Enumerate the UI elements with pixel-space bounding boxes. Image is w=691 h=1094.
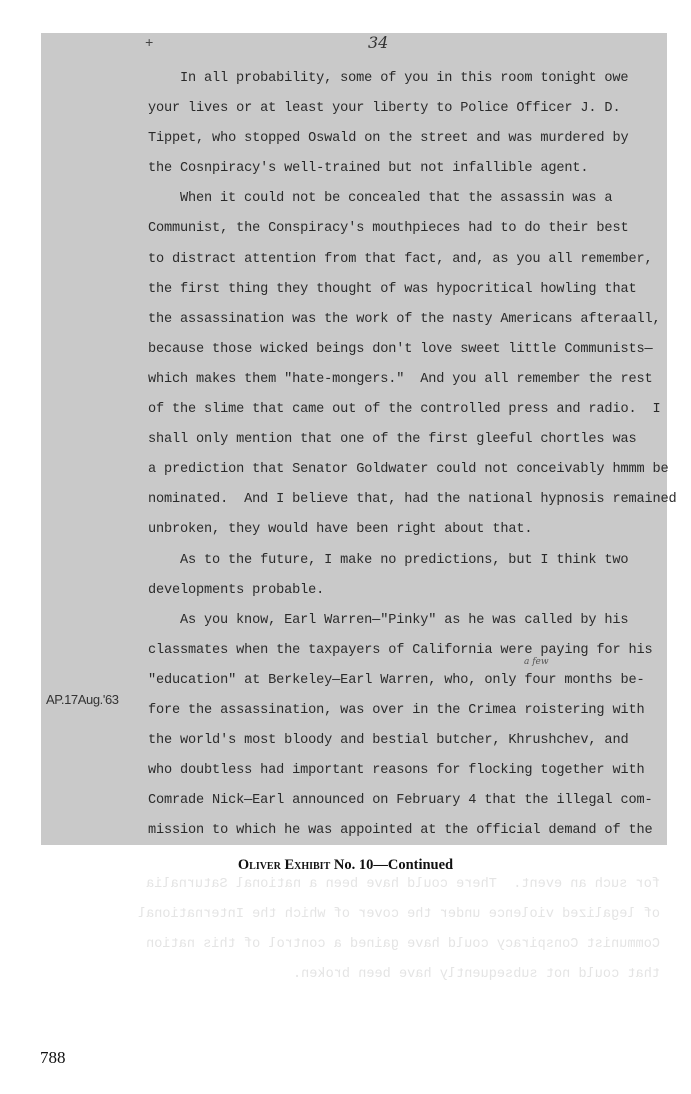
text-line: unbroken, they would have been right abo…: [148, 515, 668, 545]
text-line: Tippet, who stopped Oswald on the street…: [148, 124, 668, 154]
text-line: your lives or at least your liberty to P…: [148, 94, 668, 124]
text-line: mission to which he was appointed at the…: [148, 816, 668, 846]
text-line: When it could not be concealed that the …: [148, 184, 668, 214]
text-line: fore the assassination, was over in the …: [148, 696, 668, 726]
exhibit-name: Oliver Exhibit: [238, 857, 330, 873]
text-line: shall only mention that one of the first…: [148, 425, 668, 455]
exhibit-caption: Oliver Exhibit No. 10—Continued: [0, 857, 691, 874]
text-line: As you know, Earl Warren—"Pinky" as he w…: [148, 606, 668, 636]
exhibit-number: No. 10—Continued: [334, 857, 453, 873]
text-line: to distract attention from that fact, an…: [148, 245, 668, 275]
typed-body: In all probability, some of you in this …: [148, 64, 668, 846]
text-line: "education" at Berkeley—Earl Warren, who…: [148, 666, 668, 696]
text-line: the first thing they thought of was hypo…: [148, 275, 668, 305]
text-line: nominated. And I believe that, had the n…: [148, 485, 668, 515]
text-line: which makes them "hate-mongers." And you…: [148, 365, 668, 395]
bleed-line: Communist Conspiracy could have gained a…: [60, 930, 660, 960]
text-line: the world's most bloody and bestial butc…: [148, 726, 668, 756]
text-line: who doubtless had important reasons for …: [148, 756, 668, 786]
bleed-line: for such an event. There could have been…: [60, 870, 660, 900]
text-line: of the slime that came out of the contro…: [148, 395, 668, 425]
registration-mark: +: [145, 36, 153, 52]
margin-note: AP.17Aug.'63: [46, 692, 119, 707]
bleed-line: that could not subsequently have been br…: [60, 960, 660, 990]
text-line: Comrade Nick—Earl announced on February …: [148, 786, 668, 816]
typed-page-number: 34: [368, 33, 388, 52]
text-line: the Cosnpiracy's well-trained but not in…: [148, 154, 668, 184]
footer-page-number: 788: [40, 1048, 66, 1068]
text-line: because those wicked beings don't love s…: [148, 335, 668, 365]
text-line: the assassination was the work of the na…: [148, 305, 668, 335]
text-line: Communist, the Conspiracy's mouthpieces …: [148, 214, 668, 244]
text-line: a prediction that Senator Goldwater coul…: [148, 455, 668, 485]
bleed-through-text: for such an event. There could have been…: [60, 870, 660, 990]
text-line: classmates when the taxpayers of Califor…: [148, 636, 668, 666]
handwritten-annotation: a few: [524, 657, 549, 667]
bleed-line: of legalized violence under the cover of…: [60, 900, 660, 930]
text-line: developments probable.: [148, 576, 668, 606]
text-line: As to the future, I make no predictions,…: [148, 546, 668, 576]
text-line: In all probability, some of you in this …: [148, 64, 668, 94]
